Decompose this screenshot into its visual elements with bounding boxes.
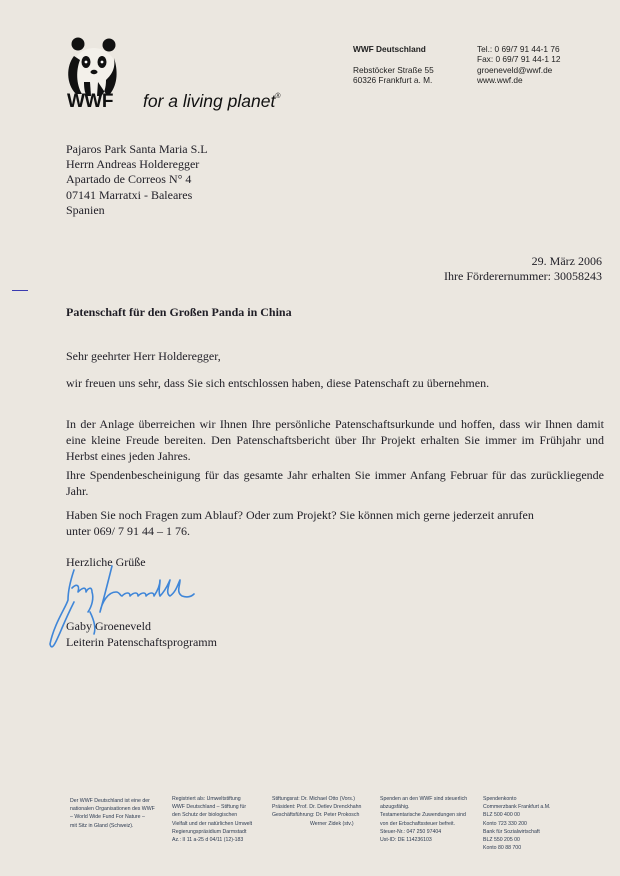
footer-line: Spendenkonto xyxy=(483,795,550,803)
email: groeneveld@wwf.de xyxy=(477,65,561,75)
footer-line: Konto 723 330 200 xyxy=(483,820,550,828)
footer-line: Commerzbank Frankfurt a.M. xyxy=(483,803,550,811)
org-address: Rebstöcker Straße 55 60326 Frankfurt a. … xyxy=(353,65,434,86)
footer-line: Regierungspräsidium Darmstadt xyxy=(172,828,252,836)
recipient-line: 07141 Marratxi - Baleares xyxy=(66,188,208,203)
footer-line: Ust-ID: DE 114236103 xyxy=(380,836,467,844)
footer-line: Der WWF Deutschland ist eine der xyxy=(70,797,155,805)
footer-line: von der Erbschaftssteuer befreit. xyxy=(380,820,467,828)
footer-line: Spenden an den WWF sind steuerlich xyxy=(380,795,467,803)
donor-number: Ihre Förderernummer: 30058243 xyxy=(444,269,602,284)
paragraph: wir freuen uns sehr, dass Sie sich entsc… xyxy=(66,375,604,391)
footer-line: BLZ 500 400 00 xyxy=(483,811,550,819)
footer-line: abzugsfähig. xyxy=(380,803,467,811)
recipient-line: Apartado de Correos N° 4 xyxy=(66,172,208,187)
footer-line: Geschäftsführung: Dr. Peter Prokosch xyxy=(272,811,361,819)
footer-column-board: Stiftungsrat: Dr. Michael Otto (Vors.) P… xyxy=(272,795,361,828)
footer-line: mit Sitz in Gland (Schweiz). xyxy=(70,822,155,830)
website: www.wwf.de xyxy=(477,75,561,85)
footer-line: WWF Deutschland – Stiftung für xyxy=(172,803,252,811)
footer-line: Konto 80 88 700 xyxy=(483,844,550,852)
org-contact: Tel.: 0 69/7 91 44-1 76 Fax: 0 69/7 91 4… xyxy=(477,44,561,85)
org-name: WWF Deutschland xyxy=(353,44,426,54)
paragraph: In der Anlage überreichen wir Ihnen Ihre… xyxy=(66,416,604,464)
footer-line: Präsident: Prof. Dr. Detlev Drenckhahn xyxy=(272,803,361,811)
paragraph: Ihre Spendenbescheinigung für das gesamt… xyxy=(66,467,604,499)
signer-block: Gaby Groeneveld Leiterin Patenschaftspro… xyxy=(66,619,217,650)
footer-column-bank: Spendenkonto Commerzbank Frankfurt a.M. … xyxy=(483,795,550,852)
footer-line: Stiftungsrat: Dr. Michael Otto (Vors.) xyxy=(272,795,361,803)
registered-mark: ® xyxy=(275,93,280,100)
phone: Tel.: 0 69/7 91 44-1 76 xyxy=(477,44,561,54)
recipient-address: Pajaros Park Santa Maria S.L Herrn Andre… xyxy=(66,142,208,218)
footer-column-registration: Registriert als: Umweltstiftung WWF Deut… xyxy=(172,795,252,844)
recipient-line: Spanien xyxy=(66,203,208,218)
address-line: Rebstöcker Straße 55 xyxy=(353,65,434,75)
footer-line: Vielfalt und der natürlichen Umwelt xyxy=(172,820,252,828)
tagline-text: for a living planet xyxy=(143,91,275,111)
recipient-line: Pajaros Park Santa Maria S.L xyxy=(66,142,208,157)
footer-line: Registriert als: Umweltstiftung xyxy=(172,795,252,803)
recipient-line: Herrn Andreas Holderegger xyxy=(66,157,208,172)
footer-line: – World Wide Fund For Nature – xyxy=(70,813,155,821)
signer-name: Gaby Groeneveld xyxy=(66,619,217,635)
paragraph: Haben Sie noch Fragen zum Ablauf? Oder z… xyxy=(66,507,536,539)
fax: Fax: 0 69/7 91 44-1 12 xyxy=(477,54,561,64)
footer-line: den Schutz der biologischen xyxy=(172,811,252,819)
date-block: 29. März 2006 Ihre Förderernummer: 30058… xyxy=(444,254,602,283)
signer-title: Leiterin Patenschaftsprogramm xyxy=(66,635,217,651)
footer-line: Steuer-Nr.: 047 250 97404 xyxy=(380,828,467,836)
salutation: Sehr geehrter Herr Holderegger, xyxy=(66,348,604,364)
footer-line: Testamentarische Zuwendungen sind xyxy=(380,811,467,819)
subject-line: Patenschaft für den Großen Panda in Chin… xyxy=(66,305,292,320)
footer-line: Werner Zidek (stv.) xyxy=(272,820,361,828)
letter-page: WWF for a living planet® WWF Deutschland… xyxy=(0,0,620,876)
footer-line: Bank für Sozialwirtschaft xyxy=(483,828,550,836)
footer-line: BLZ 550 205 00 xyxy=(483,836,550,844)
address-line: 60326 Frankfurt a. M. xyxy=(353,75,434,85)
fold-mark xyxy=(12,290,28,291)
wwf-wordmark: WWF xyxy=(67,91,113,113)
footer-column-tax: Spenden an den WWF sind steuerlich abzug… xyxy=(380,795,467,844)
footer-column-organization: Der WWF Deutschland ist eine der nationa… xyxy=(70,797,155,830)
footer-line: nationalen Organisationen des WWF xyxy=(70,805,155,813)
tagline: for a living planet® xyxy=(143,91,280,112)
letter-date: 29. März 2006 xyxy=(444,254,602,269)
footer-line: Az.: II 11 a-25 d 04/11 (12)-183 xyxy=(172,836,252,844)
